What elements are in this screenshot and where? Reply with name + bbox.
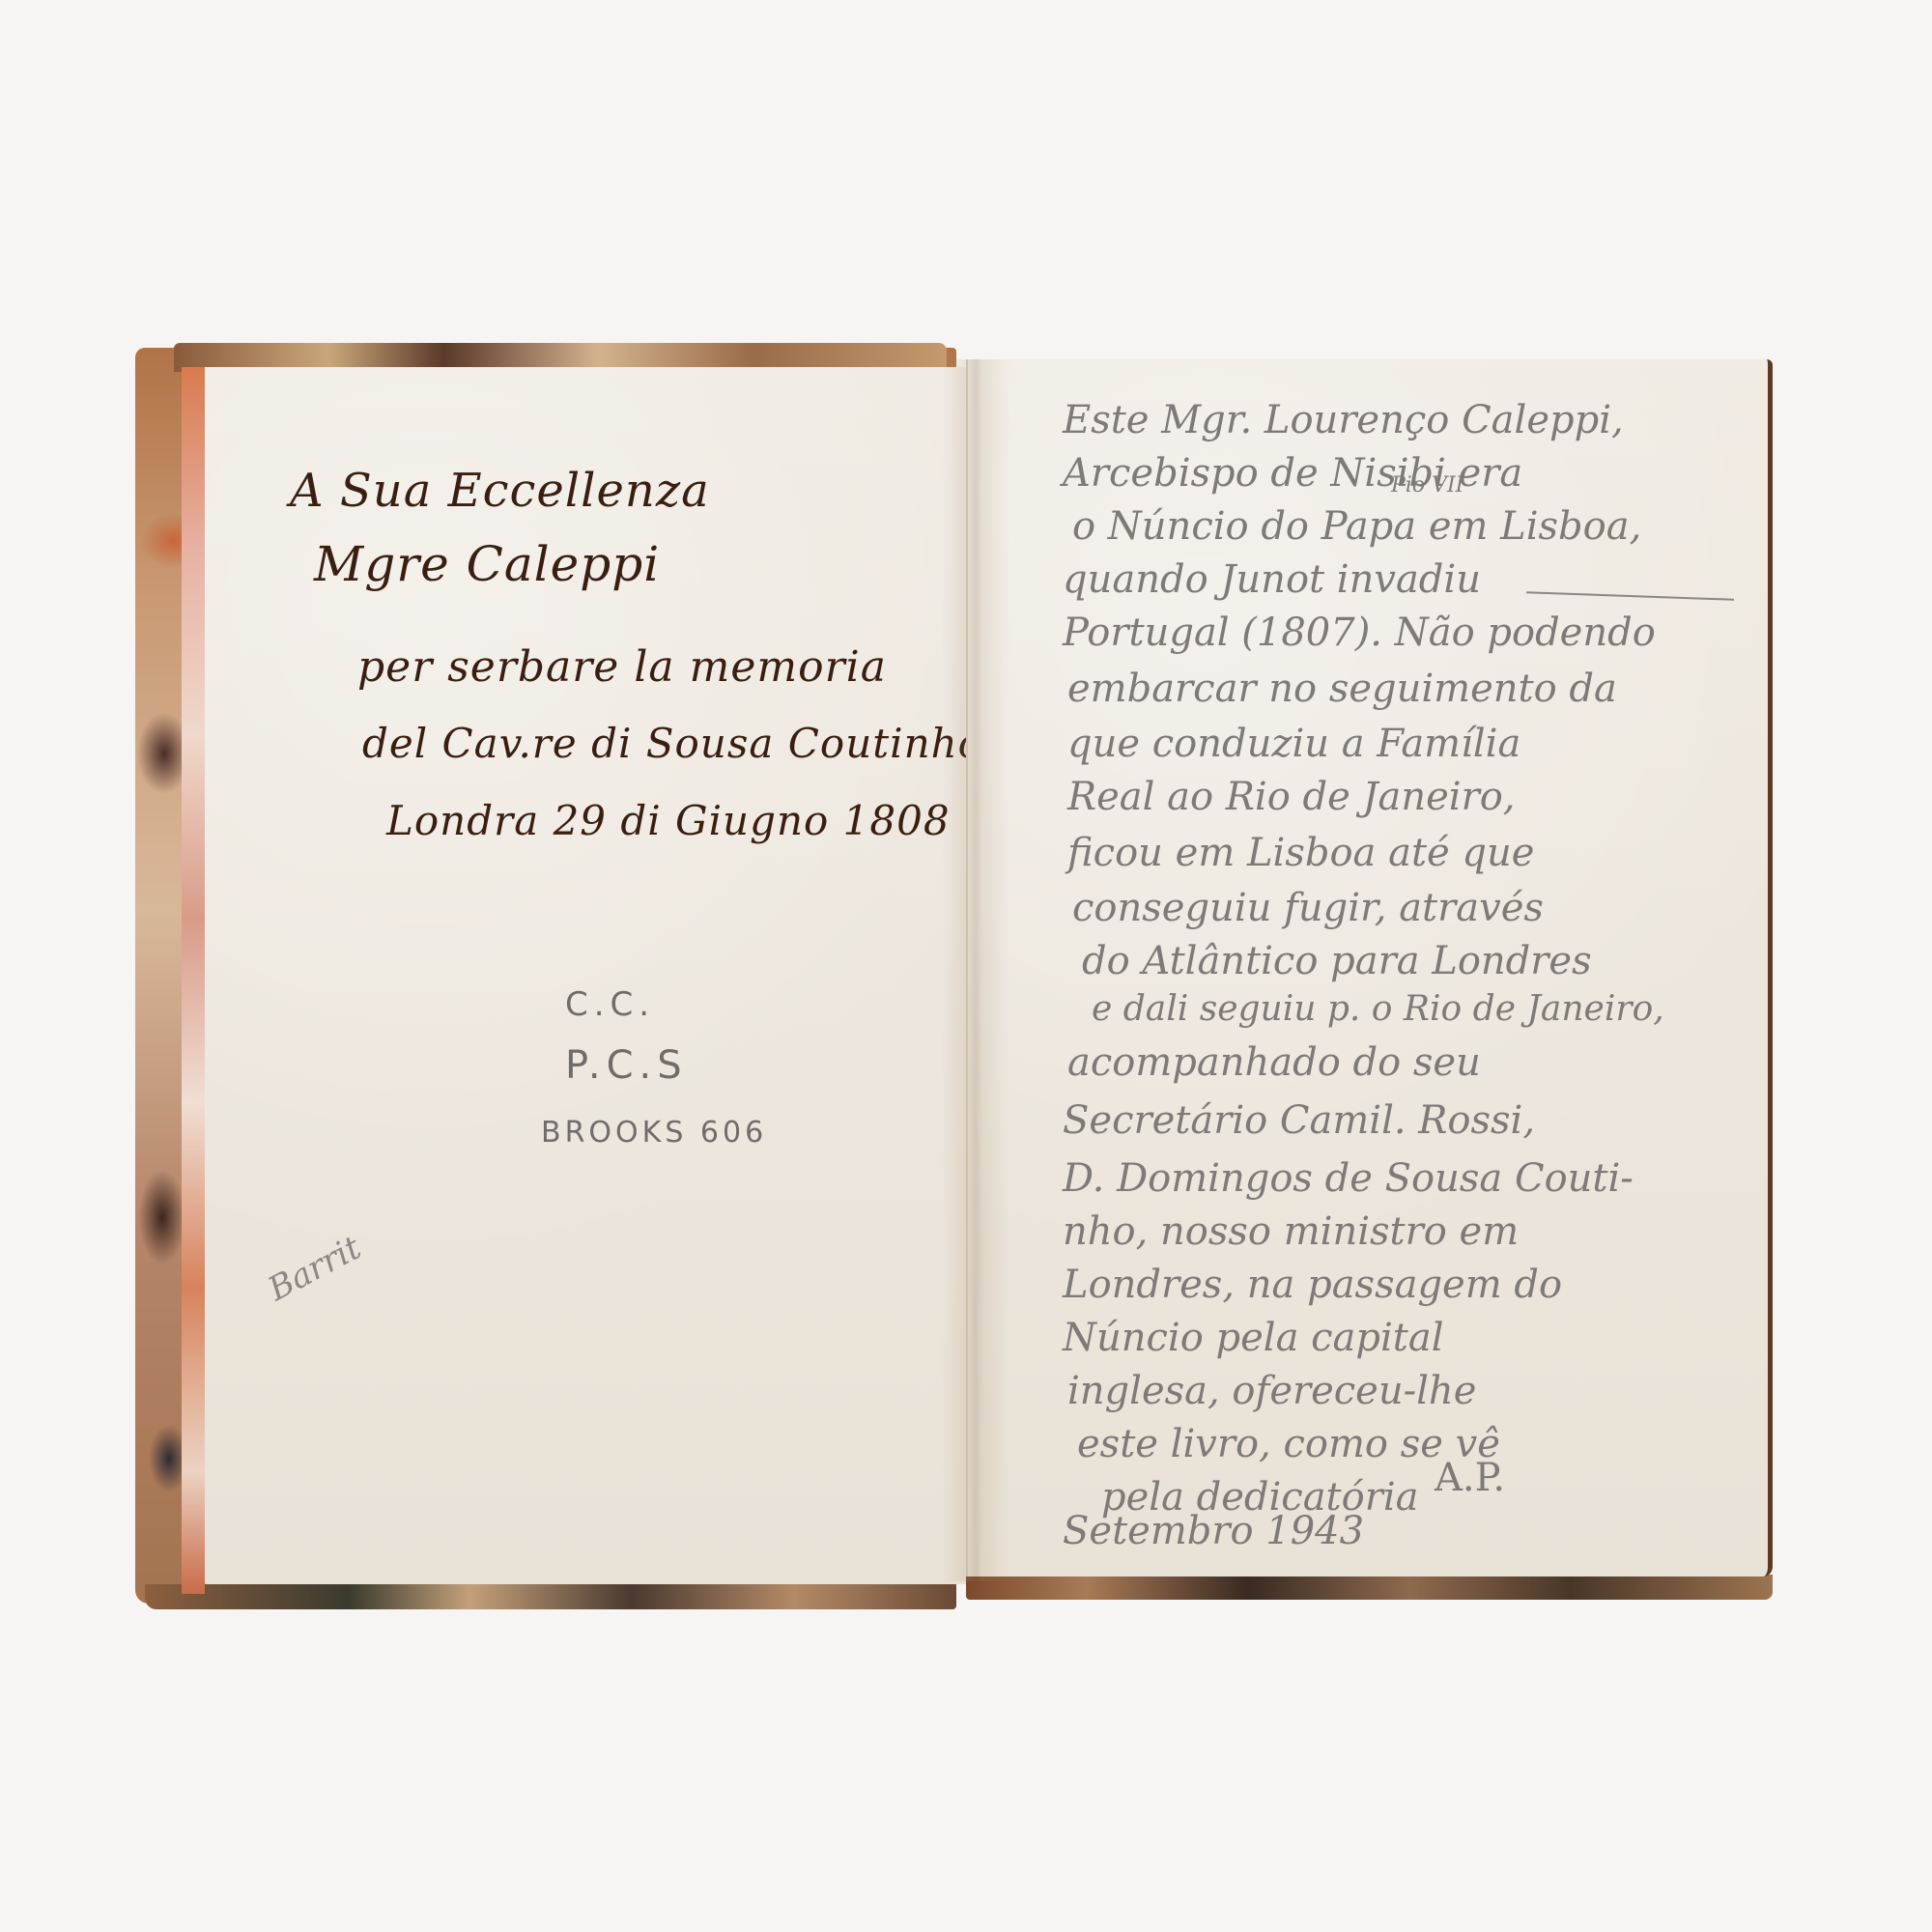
open-book: A Sua Eccellenza Mgre Caleppi per serbar… — [0, 0, 1932, 1932]
note-line: conseguiu fugir, através — [1072, 886, 1544, 930]
dedication-line: Londra 29 di Giugno 1808 — [386, 797, 951, 844]
note-line: D. Domingos de Sousa Couti- — [1063, 1156, 1634, 1201]
note-line: Núncio pela capital — [1063, 1316, 1444, 1360]
note-line: inglesa, ofereceu-lhe — [1067, 1369, 1476, 1413]
note-line: e dali seguiu p. o Rio de Janeiro, — [1092, 989, 1664, 1029]
left-page: A Sua Eccellenza Mgre Caleppi per serbar… — [198, 367, 966, 1584]
note-line: Londres, na passagem do — [1063, 1263, 1562, 1307]
pencil-stroke — [1526, 591, 1734, 601]
note-line: nho, nosso ministro em — [1063, 1209, 1519, 1254]
note-line: ficou em Lisboa até que — [1067, 831, 1534, 875]
note-line: o Núncio do Papa em Lisboa, — [1072, 504, 1641, 549]
dedication-line: Mgre Caleppi — [314, 536, 660, 592]
note-line: do Atlântico para Londres — [1082, 939, 1592, 983]
library-mark: BROOKS 606 — [541, 1116, 767, 1150]
signature: A.P. — [1435, 1456, 1505, 1500]
note-line: quando Junot invadiu — [1063, 557, 1481, 602]
note-line: acompanhado do seu — [1067, 1040, 1481, 1085]
margin-note: Barrit — [262, 1229, 367, 1309]
dedication-line: A Sua Eccellenza — [290, 464, 710, 518]
note-line: Este Mgr. Lourenço Caleppi, — [1063, 398, 1624, 442]
note-line: Secretário Camil. Rossi, — [1063, 1098, 1535, 1143]
note-line: Portugal (1807). Não podendo — [1063, 611, 1656, 655]
dedication-line: per serbare la memoria — [357, 642, 887, 692]
note-line: Real ao Rio de Janeiro, — [1067, 775, 1516, 819]
note-line: que conduziu a Família — [1067, 722, 1520, 766]
cover-bottom-edge-left — [145, 1584, 956, 1609]
marbled-endpaper-strip — [182, 367, 205, 1594]
cover-bottom-edge-right — [966, 1575, 1773, 1600]
dedication-line: del Cav.re di Sousa Coutinho — [362, 720, 983, 767]
book-gutter — [942, 359, 1009, 1581]
interlinear-note: Pio VII — [1391, 473, 1463, 497]
library-mark: C.C. — [565, 985, 655, 1024]
right-page: Este Mgr. Lourenço Caleppi, Arcebispo de… — [966, 359, 1773, 1577]
note-line: embarcar no seguimento da — [1067, 667, 1617, 711]
note-date: Setembro 1943 — [1063, 1509, 1364, 1553]
library-mark: P.C.S — [565, 1043, 688, 1088]
